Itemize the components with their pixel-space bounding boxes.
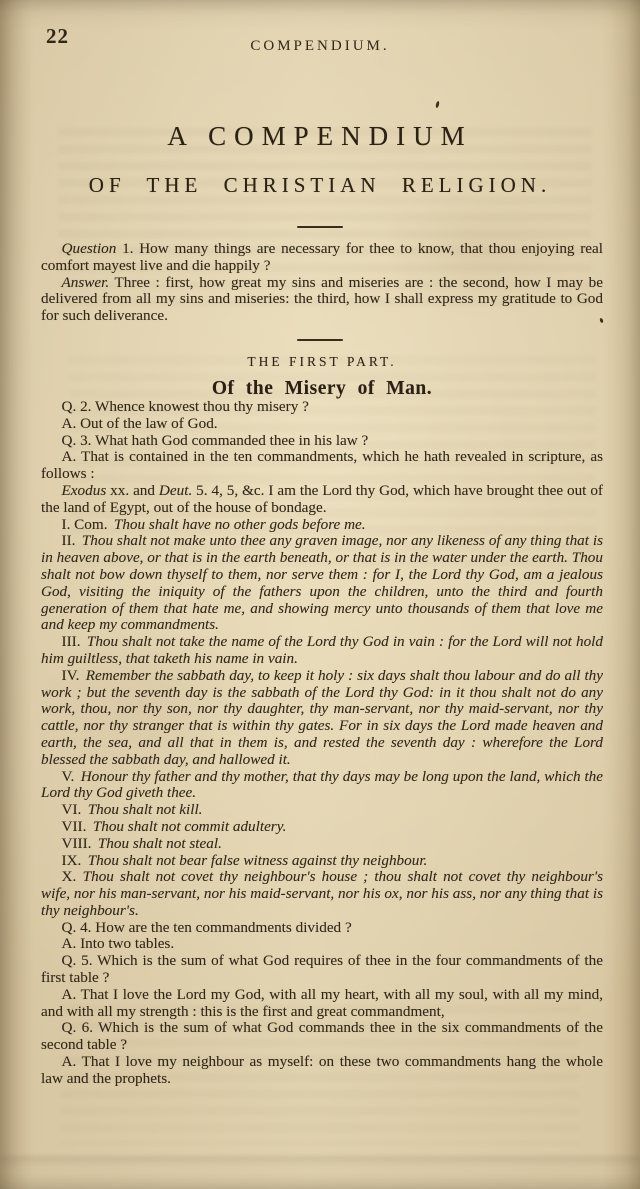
answer-1-text: Three : first, how great my sins and mis… [41, 274, 603, 325]
commandment-6-number: VI. [62, 801, 82, 818]
commandment-3: III.Thou shalt not take the name of the … [41, 634, 603, 668]
answer-label: Answer. [62, 274, 110, 291]
qa-line-a4: A. Into two tables. [41, 936, 603, 953]
ink-speck [599, 318, 604, 324]
commandment-5: V.Honour thy father and thy mother, that… [41, 769, 603, 803]
commandment-7-number: VII. [62, 818, 87, 835]
qa-line-q4: Q. 4. How are the ten commandments divid… [41, 920, 603, 937]
commandment-2: II.Thou shalt not make unto thee any gra… [41, 533, 603, 634]
book-page: 22 COMPENDIUM. A COMPENDIUM OF THE CHRIS… [0, 0, 640, 1189]
qa-line-a3: A. That is contained in the ten commandm… [41, 449, 603, 483]
qa-line-a6: A. That I love my neighbour as myself: o… [41, 1054, 603, 1088]
book-title-line2: OF THE CHRISTIAN RELIGION. [0, 174, 640, 196]
qa-line-a5: A. That I love the Lord my God, with all… [41, 987, 603, 1021]
commandment-9-number: IX. [62, 852, 82, 869]
page-body: Question 1. How many things are necessar… [41, 241, 603, 325]
commandment-5-number: V. [62, 768, 75, 785]
commandment-6: VI.Thou shalt not kill. [41, 802, 603, 819]
part-heading: THE FIRST PART. [41, 354, 603, 370]
question-1: Question 1. How many things are necessar… [41, 241, 603, 275]
commandment-4-text: Remember the sabbath day, to keep it hol… [41, 667, 603, 768]
commandment-1-number: I. Com. [62, 516, 108, 533]
commandment-10-number: X. [62, 868, 77, 885]
commandment-6-text: Thou shalt not kill. [88, 801, 203, 818]
commandment-4: IV.Remember the sabbath day, to keep it … [41, 668, 603, 769]
qa-line-q5: Q. 5. Which is the sum of what God requi… [41, 953, 603, 987]
qa-line-q3: Q. 3. What hath God commanded thee in hi… [41, 433, 603, 450]
question-label: Question [62, 240, 117, 257]
section-divider [297, 339, 343, 341]
scripture-roman-1: xx. and [106, 482, 159, 499]
scripture-reference: Exodus xx. and Deut. 5. 4, 5, &c. I am t… [41, 483, 603, 517]
scripture-book-1: Exodus [62, 482, 107, 499]
qa-line-q2: Q. 2. Whence knowest thou thy misery ? [41, 399, 603, 416]
commandment-3-text: Thou shalt not take the name of the Lord… [41, 633, 603, 667]
qa-line-a2: A. Out of the law of God. [41, 416, 603, 433]
commandment-5-text: Honour thy father and thy mother, that t… [41, 768, 603, 802]
commandment-3-number: III. [62, 633, 81, 650]
commandment-9: IX.Thou shalt not bear false witness aga… [41, 853, 603, 870]
commandment-2-text: Thou shalt not make unto thee any graven… [41, 532, 603, 633]
answer-1: Answer. Three : first, how great my sins… [41, 275, 603, 325]
scan-smudge [0, 1156, 640, 1168]
commandment-1: I. Com.Thou shalt have no other gods bef… [41, 517, 603, 534]
scripture-book-2: Deut. [159, 482, 192, 499]
commandment-7-text: Thou shalt not commit adultery. [93, 818, 287, 835]
ink-speck [435, 101, 440, 109]
section-heading: Of the Misery of Man. [41, 378, 603, 399]
commandment-7: VII.Thou shalt not commit adultery. [41, 819, 603, 836]
commandment-8-text: Thou shalt not steal. [98, 835, 222, 852]
book-title-line1: A COMPENDIUM [0, 123, 640, 150]
commandment-1-text: Thou shalt have no other gods before me. [114, 516, 366, 533]
question-1-text: 1. How many things are necessary for the… [41, 240, 603, 274]
commandment-8: VIII.Thou shalt not steal. [41, 836, 603, 853]
commandment-10-text: Thou shalt not covet thy neighbour's hou… [41, 868, 603, 919]
commandment-8-number: VIII. [62, 835, 92, 852]
running-header: COMPENDIUM. [0, 0, 640, 55]
commandment-10: X.Thou shalt not covet thy neighbour's h… [41, 869, 603, 919]
commandment-2-number: II. [62, 532, 76, 549]
commandment-4-number: IV. [62, 667, 80, 684]
section-divider [297, 226, 343, 228]
page-body-part1: THE FIRST PART. Of the Misery of Man. Q.… [41, 354, 603, 1088]
qa-line-q6: Q. 6. Which is the sum of what God comma… [41, 1020, 603, 1054]
commandment-9-text: Thou shalt not bear false witness agains… [88, 852, 428, 869]
